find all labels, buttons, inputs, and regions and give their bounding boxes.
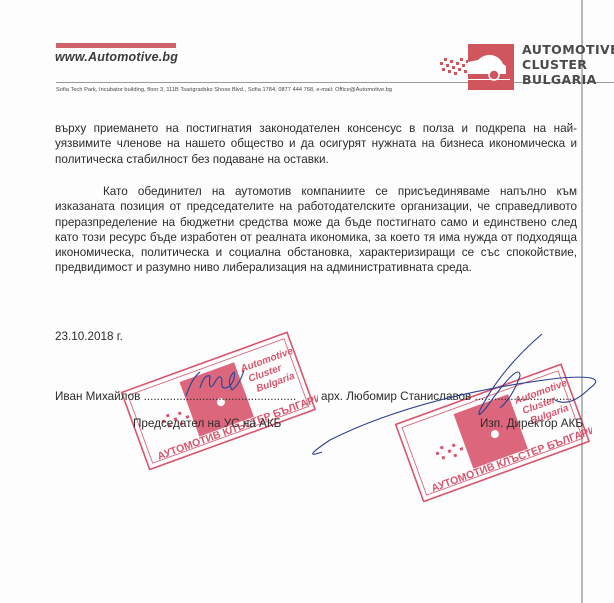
signer-role: Председател на УС на АКБ — [133, 417, 281, 430]
document-date: 23.10.2018 г. — [55, 330, 123, 343]
logo-wordmark: AUTOMOTIVE CLUSTER BULGARIA — [522, 42, 614, 87]
logo-line-2: CLUSTER — [522, 57, 614, 72]
paragraph-2: Като обединител на аутомотив компаниите … — [55, 184, 577, 276]
page-edge-line — [581, 0, 583, 603]
paragraph-1: върху приемането на постигнатия законода… — [55, 121, 577, 167]
paragraph-1-text: върху приемането на постигнатия законода… — [55, 121, 577, 167]
stamp-right-icon: Automotive Cluster Bulgaria АУТОМОТИВ КЛ… — [392, 362, 592, 502]
logo-line-3: BULGARIA — [522, 72, 614, 87]
car-logo-icon — [468, 44, 514, 90]
signer-name: Иван Михайлов — [55, 390, 140, 403]
svg-text:АУТОМОТИВ КЛЪСТЕР БЪЛГАРИЯ: АУТОМОТИВ КЛЪСТЕР БЪЛГАРИЯ — [430, 421, 592, 494]
svg-text:Cluster: Cluster — [247, 362, 284, 384]
company-address: Sofia Tech Park, Incubator building, flo… — [56, 87, 392, 93]
website-link[interactable]: www.Automotive.bg — [55, 50, 178, 64]
signer-name: арх. Любомир Станиславов — [321, 390, 471, 403]
signature-line-chairman: Иван Михайлов ..........................… — [55, 390, 296, 403]
svg-text:Automotive: Automotive — [238, 346, 295, 376]
signature-line-director: арх. Любомир Станиславов ...............… — [321, 390, 575, 403]
signature-dots: ........................................… — [144, 390, 297, 403]
signer-role: Изп. Директор АКБ — [480, 417, 583, 430]
paragraph-2-text: Като обединител на аутомотив компаниите … — [55, 184, 577, 276]
logo-line-1: AUTOMOTIVE — [522, 42, 614, 57]
signature-dots: ............................... — [475, 390, 576, 403]
header-accent-bar — [56, 43, 176, 48]
